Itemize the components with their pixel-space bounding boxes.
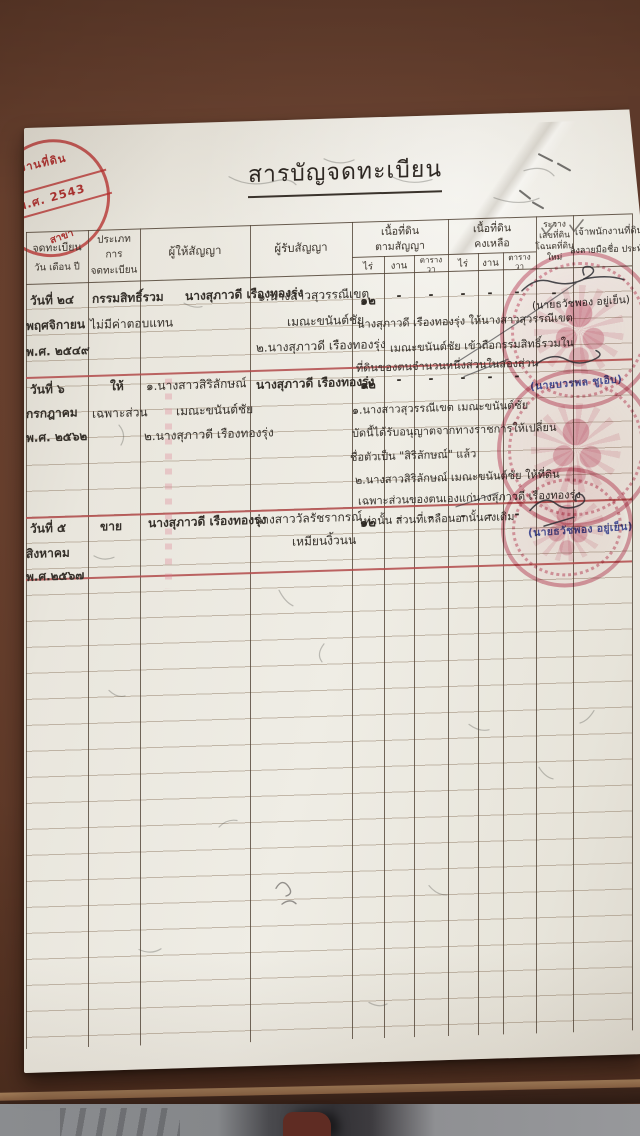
row2-date: พ.ศ. ๒๕๖๒: [26, 427, 87, 448]
header-rai: ไร่: [352, 259, 384, 275]
header-ngan: งาน: [478, 255, 503, 271]
row2-date: วันที่ ๖: [30, 380, 65, 400]
col-line: [140, 228, 141, 1045]
header-date: จดทะเบียน: [26, 238, 88, 257]
row1-type: กรรมสิทธิ์รวม: [92, 288, 164, 309]
header-officer: เจ้าพนักงานที่ดิน: [575, 223, 640, 240]
row2-area-wa: -: [429, 371, 434, 385]
row2-remain-rai: -: [461, 371, 466, 385]
row1-area-rai: ๑๒: [360, 291, 376, 310]
registration-document-page: สารบัญจดทะเบียน งานที่ดิน พ.ศ. 2543 สาขา…: [24, 109, 640, 1073]
row3-area-ngan: -: [397, 510, 402, 524]
header-type: จดทะเบียน: [88, 262, 140, 279]
row1-type: ไม่มีค่าตอบแทน: [90, 313, 173, 335]
row1-grantee: ๑.นางสาวสุวรรณีเขต: [258, 284, 369, 306]
row3-grantee: เหมียนงิ้วนน: [292, 531, 356, 552]
row3-date: วันที่ ๕: [30, 519, 66, 539]
row3-grantee: นางสาววัลรัชรากรณ์: [254, 508, 362, 530]
row2-area-ngan: -: [397, 372, 402, 386]
stamp-ink-smudge: [165, 378, 172, 588]
header-date: วัน เดือน ปี: [26, 259, 88, 276]
row1-area-ngan: -: [397, 288, 402, 302]
row3-area-wa: -: [429, 509, 434, 523]
row3-area-rai: ๑๒: [360, 513, 376, 532]
row2-remain-ngan: -: [488, 370, 493, 384]
row3-remain-rai: -: [461, 509, 466, 523]
row1-remain-rai: -: [461, 287, 466, 301]
floor-streaks: [60, 1108, 180, 1136]
row2-grantor: ๒.นางสุภาวดี เรืองทองรุ่ง: [144, 423, 274, 446]
row2-type: ให้: [110, 377, 124, 396]
row3-type: ขาย: [100, 517, 122, 537]
row2-note: ชื่อตัวเป็น "สิริลักษณ์" แล้ว: [350, 444, 476, 466]
col-line: [250, 225, 251, 1042]
header-wa: วา: [414, 262, 448, 276]
header-ngan: งาน: [384, 258, 414, 274]
photo-scene: สารบัญจดทะเบียน งานที่ดิน พ.ศ. 2543 สาขา…: [0, 0, 640, 1136]
header-grantor: ผู้ให้สัญญา: [140, 241, 250, 262]
page-title: สารบัญจดทะเบียน: [248, 151, 442, 198]
row1-grantee: ๒.นางสุภาวดี เรืองทองรุ่ง: [256, 335, 386, 358]
header-type: การ: [88, 246, 140, 263]
row2-date: กรกฎาคม: [26, 403, 78, 424]
table-leg: [283, 1112, 331, 1136]
header-grantee: ผู้รับสัญญา: [250, 238, 352, 259]
row2-type: เฉพาะส่วน: [92, 403, 148, 424]
row2-grantee: นางสุภาวดี เรืองทองรุ่ง: [256, 372, 374, 395]
row2-area-rai: ๑๒: [360, 375, 376, 394]
row3-remain-ngan: -: [488, 508, 493, 522]
row3-grantor: นางสุภาวดี เรืองทองรุ่ง: [148, 511, 266, 534]
row1-area-wa: -: [429, 287, 434, 301]
row2-grantor: เมณะขนันต์ชัย: [176, 400, 253, 421]
header-type: ประเภท: [88, 231, 140, 248]
row3-date: พ.ศ.๒๕๖๗: [26, 566, 84, 587]
row1-date: วันที่ ๒๔: [30, 290, 74, 310]
row1-remain-ngan: -: [488, 286, 493, 300]
row1-grantee: เมณะขนันต์ชัย: [287, 311, 364, 332]
header-rai: ไร่: [448, 256, 478, 272]
row1-date: พฤศจิกายน: [26, 315, 85, 336]
row3-date: สิงหาคม: [26, 544, 70, 564]
row1-date: พ.ศ. ๒๕๔๙: [26, 341, 90, 362]
row2-grantor: ๑.นางสาวสิริลักษณ์: [146, 374, 246, 396]
